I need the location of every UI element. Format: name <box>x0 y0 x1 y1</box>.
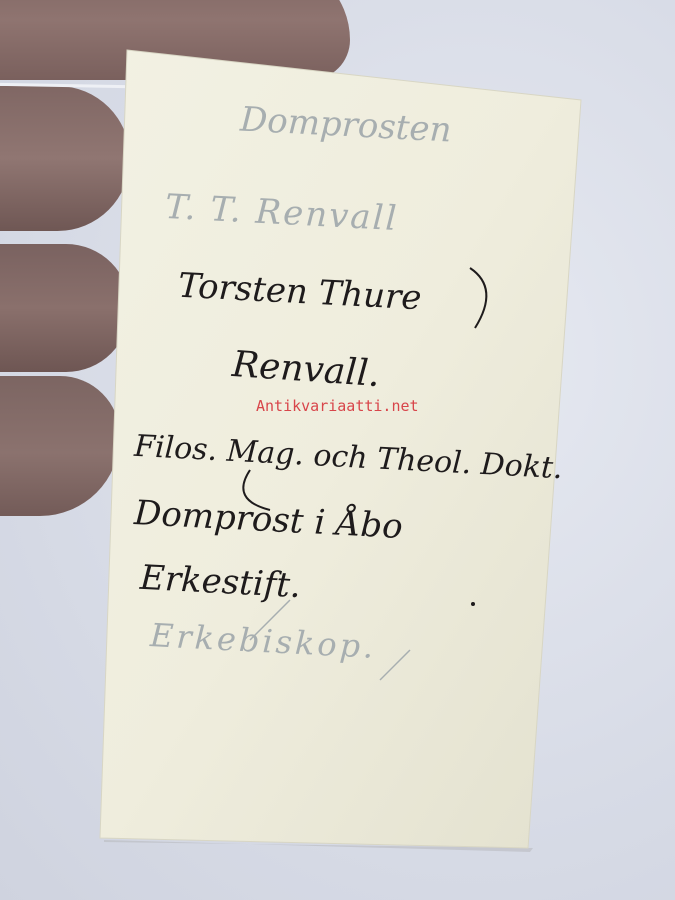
hand <box>0 0 380 560</box>
finger-index <box>0 86 130 231</box>
finger-ring <box>0 376 120 516</box>
finger-middle <box>0 244 130 372</box>
thumb <box>0 0 350 80</box>
